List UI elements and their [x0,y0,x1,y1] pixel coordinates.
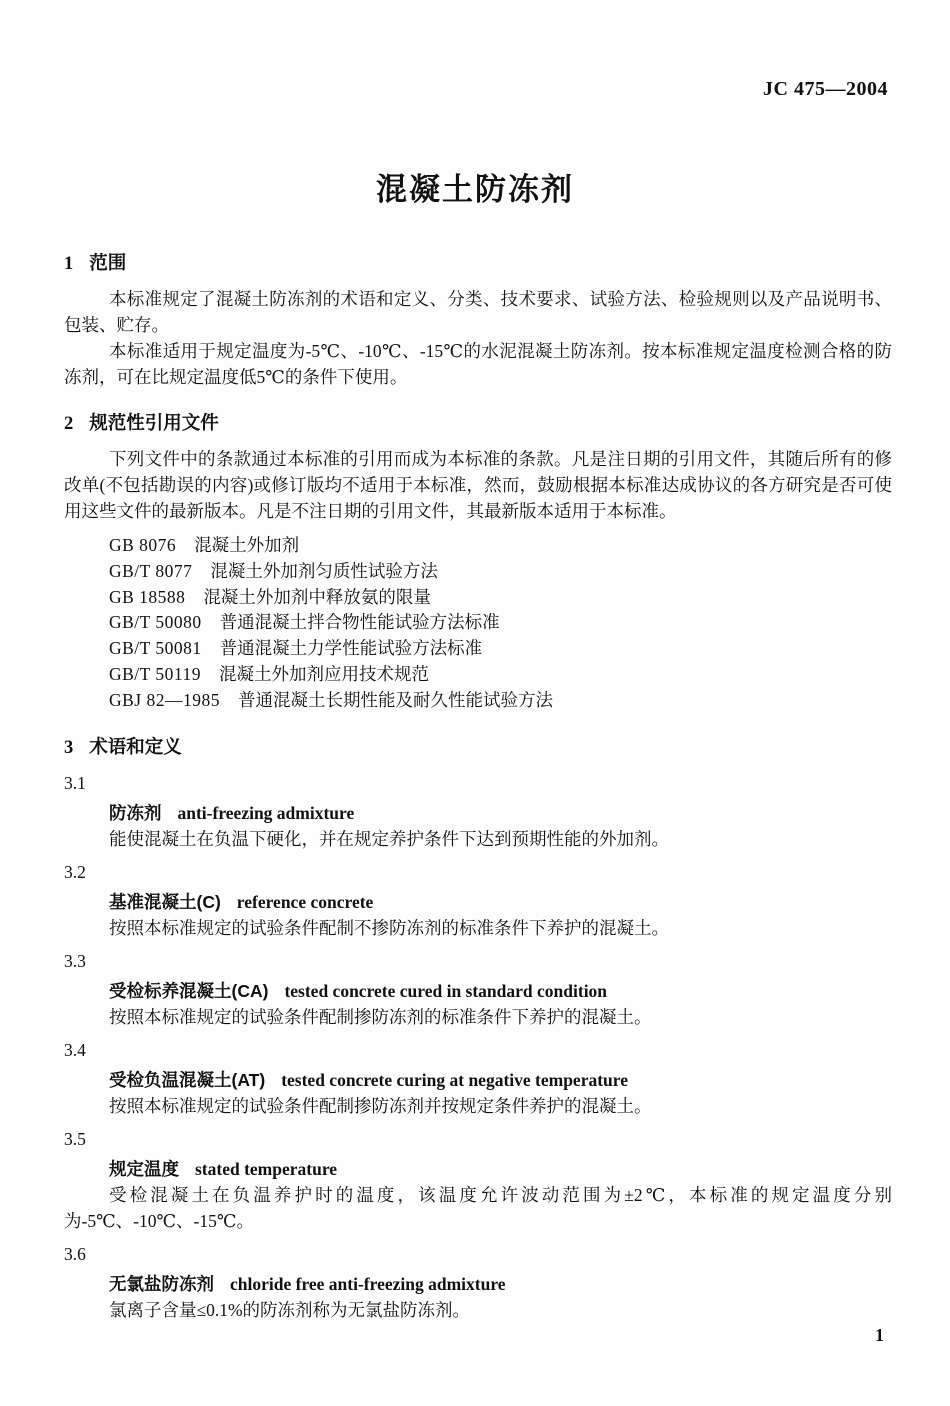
references-intro: 下列文件中的条款通过本标准的引用而成为本标准的条款。凡是注日期的引用文件，其随后… [64,446,892,524]
term-chinese: 无氯盐防冻剂 [109,1274,214,1294]
term-definition: 氯离子含量≤0.1%的防冻剂称为无氯盐防冻剂。 [64,1297,892,1323]
reference-item: GB/T 50119混凝土外加剂应用技术规范 [109,662,892,688]
section-heading-references: 2规范性引用文件 [64,410,892,437]
term-chinese: 基准混凝土(C) [109,892,221,912]
term-block: 3.4 受检负温混凝土(AT)tested concrete curing at… [64,1037,892,1119]
reference-title: 混凝土外加剂应用技术规范 [219,664,429,684]
reference-title: 混凝土外加剂中释放氨的限量 [203,587,431,607]
term-definition: 受检混凝土在负温养护时的温度，该温度允许波动范围为±2℃，本标准的规定温度分别为… [64,1182,892,1234]
document-title: 混凝土防冻剂 [0,170,950,210]
term-number: 3.2 [64,859,892,885]
term-definition: 按照本标准规定的试验条件配制掺防冻剂并按规定条件养护的混凝土。 [64,1093,892,1119]
term-block: 3.6 无氯盐防冻剂chloride free anti-freezing ad… [64,1241,892,1323]
reference-code: GB 18588 [109,585,185,611]
section-label: 术语和定义 [89,736,182,757]
term-number: 3.3 [64,948,892,974]
term-english: stated temperature [195,1159,337,1179]
section-scope: 1范围 本标准规定了混凝土防冻剂的术语和定义、分类、技术要求、试验方法、检验规则… [64,250,892,390]
term-line: 规定温度stated temperature [64,1156,892,1182]
section-label: 范围 [89,252,126,273]
page-number: 1 [875,1322,884,1348]
scope-paragraph: 本标准规定了混凝土防冻剂的术语和定义、分类、技术要求、试验方法、检验规则以及产品… [64,286,892,338]
reference-item: GB/T 50080普通混凝土拌合物性能试验方法标准 [109,610,892,636]
term-line: 无氯盐防冻剂chloride free anti-freezing admixt… [64,1271,892,1297]
document-body: 1范围 本标准规定了混凝土防冻剂的术语和定义、分类、技术要求、试验方法、检验规则… [64,250,892,1323]
reference-code: GB/T 50080 [109,610,202,636]
term-block: 3.5 规定温度stated temperature 受检混凝土在负温养护时的温… [64,1126,892,1234]
term-line: 防冻剂anti-freezing admixture [64,800,892,826]
reference-code: GB/T 50081 [109,636,202,662]
reference-item: GB/T 50081普通混凝土力学性能试验方法标准 [109,636,892,662]
section-terms: 3术语和定义 3.1 防冻剂anti-freezing admixture 能使… [64,734,892,1323]
reference-list: GB 8076混凝土外加剂 GB/T 8077混凝土外加剂匀质性试验方法 GB … [64,533,892,714]
standard-code: JC 475—2004 [763,76,888,102]
term-definition: 按照本标准规定的试验条件配制不掺防冻剂的标准条件下养护的混凝土。 [64,915,892,941]
reference-title: 混凝土外加剂匀质性试验方法 [210,561,438,581]
reference-item: GBJ 82—1985普通混凝土长期性能及耐久性能试验方法 [109,688,892,714]
term-number: 3.6 [64,1241,892,1267]
term-definition: 能使混凝土在负温下硬化，并在规定养护条件下达到预期性能的外加剂。 [64,826,892,852]
term-english: tested concrete curing at negative tempe… [281,1070,628,1090]
reference-title: 普通混凝土拌合物性能试验方法标准 [220,612,500,632]
term-number: 3.1 [64,770,892,796]
document-page: JC 475—2004 混凝土防冻剂 1范围 本标准规定了混凝土防冻剂的术语和定… [0,0,950,1406]
reference-title: 普通混凝土力学性能试验方法标准 [220,638,483,658]
term-number: 3.4 [64,1037,892,1063]
section-number: 2 [64,411,73,437]
term-block: 3.3 受检标养混凝土(CA)tested concrete cured in … [64,948,892,1030]
reference-title: 混凝土外加剂 [194,535,299,555]
term-chinese: 受检负温混凝土(AT) [109,1070,265,1090]
term-english: anti-freezing admixture [178,803,355,823]
term-english: tested concrete cured in standard condit… [284,981,607,1001]
term-chinese: 防冻剂 [109,803,162,823]
term-line: 受检负温混凝土(AT)tested concrete curing at neg… [64,1067,892,1093]
reference-code: GB/T 50119 [109,662,201,688]
reference-item: GB 8076混凝土外加剂 [109,533,892,559]
reference-code: GB 8076 [109,533,176,559]
term-number: 3.5 [64,1126,892,1152]
term-block: 3.1 防冻剂anti-freezing admixture 能使混凝土在负温下… [64,770,892,852]
reference-item: GB 18588混凝土外加剂中释放氨的限量 [109,585,892,611]
term-chinese: 规定温度 [109,1159,179,1179]
scope-paragraph: 本标准适用于规定温度为-5℃、-10℃、-15℃的水泥混凝土防冻剂。按本标准规定… [64,338,892,390]
reference-title: 普通混凝土长期性能及耐久性能试验方法 [238,690,553,710]
reference-code: GB/T 8077 [109,559,192,585]
reference-code: GBJ 82—1985 [109,688,220,714]
term-english: reference concrete [237,892,374,912]
term-english: chloride free anti-freezing admixture [230,1274,506,1294]
term-chinese: 受检标养混凝土(CA) [109,981,268,1001]
section-heading-scope: 1范围 [64,250,892,277]
section-normative-references: 2规范性引用文件 下列文件中的条款通过本标准的引用而成为本标准的条款。凡是注日期… [64,410,892,714]
section-label: 规范性引用文件 [89,412,219,433]
reference-item: GB/T 8077混凝土外加剂匀质性试验方法 [109,559,892,585]
section-number: 3 [64,735,73,761]
section-heading-terms: 3术语和定义 [64,734,892,761]
term-line: 受检标养混凝土(CA)tested concrete cured in stan… [64,978,892,1004]
term-definition: 按照本标准规定的试验条件配制掺防冻剂的标准条件下养护的混凝土。 [64,1004,892,1030]
term-line: 基准混凝土(C)reference concrete [64,889,892,915]
term-block: 3.2 基准混凝土(C)reference concrete 按照本标准规定的试… [64,859,892,941]
section-number: 1 [64,251,73,277]
